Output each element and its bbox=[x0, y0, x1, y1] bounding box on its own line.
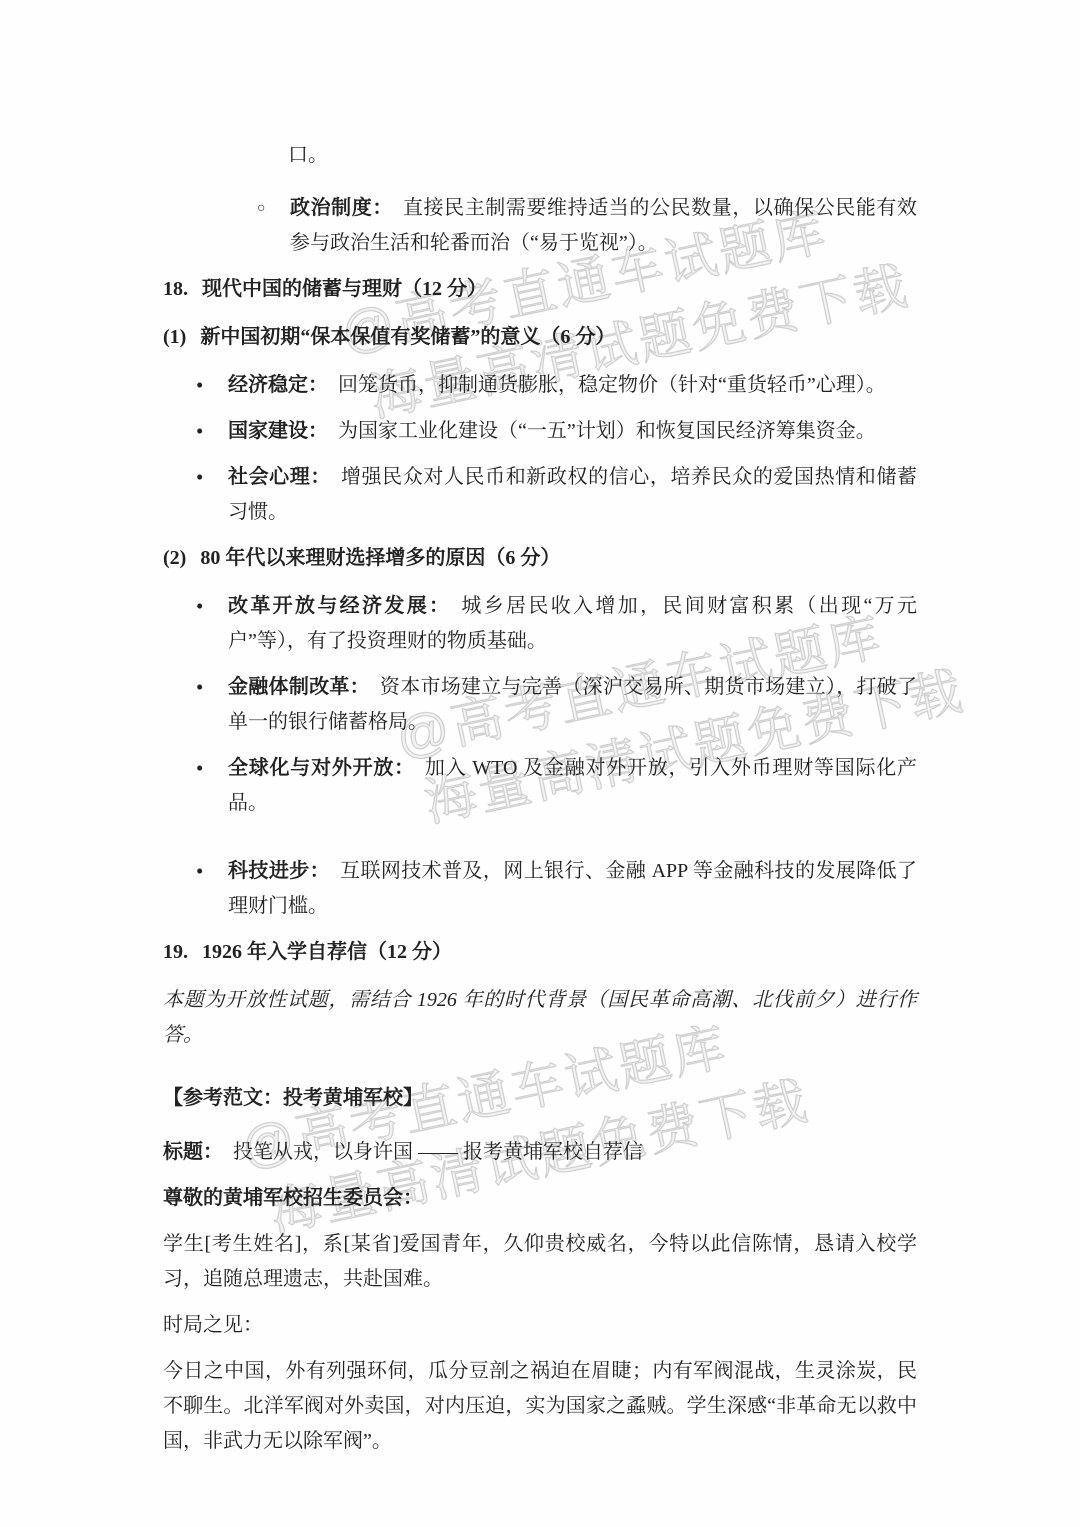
essay-title-line: 标题：投笔从戎，以身许国 —— 报考黄埔军校自荐信 bbox=[163, 1135, 917, 1170]
bullet-label: 科技进步： bbox=[228, 860, 340, 882]
bullet-body: 为国家工业化建设（“一五”计划）和恢复国民经济筹集资金。 bbox=[338, 420, 876, 442]
question-title: 1926 年入学自荐信（12 分） bbox=[202, 935, 917, 970]
part-number: (2) bbox=[163, 541, 186, 576]
disc-bullet-marker: • bbox=[196, 414, 228, 449]
list-item-text: 经济稳定：回笼货币，抑制通货膨胀，稳定物价（针对“重货轻币”心理）。 bbox=[228, 368, 917, 403]
open-question-note: 本题为开放性试题，需结合 1926 年的时代背景（国民革命高潮、北伐前夕）进行作… bbox=[163, 983, 917, 1053]
disc-bullet-marker: • bbox=[196, 368, 228, 403]
document-page: @高考直通车试题库 海量高清试题免费下载 @高考直通车试题库 海量高清试题免费下… bbox=[0, 0, 1080, 1527]
disc-bullet-marker: • bbox=[196, 460, 228, 530]
list-item-political-system: ○ 政治制度：直接民主制需要维持适当的公民数量，以确保公民能有效参与政治生活和轮… bbox=[163, 191, 917, 261]
title-text: 投笔从戎，以身许国 —— 报考黄埔军校自荐信 bbox=[233, 1141, 643, 1163]
list-item-text: 社会心理：增强民众对人民币和新政权的信心，培养民众的爱国热情和储蓄习惯。 bbox=[228, 460, 917, 530]
list-item-economic-stability: • 经济稳定：回笼货币，抑制通货膨胀，稳定物价（针对“重货轻币”心理）。 bbox=[163, 368, 917, 403]
list-item-text: 国家建设：为国家工业化建设（“一五”计划）和恢复国民经济筹集资金。 bbox=[228, 414, 917, 449]
bullet-label: 全球化与对外开放： bbox=[228, 757, 425, 779]
document-content: 口。 ○ 政治制度：直接民主制需要维持适当的公民数量，以确保公民能有效参与政治生… bbox=[163, 138, 917, 1470]
disc-bullet-marker: • bbox=[196, 589, 228, 659]
list-item-text: 金融体制改革：资本市场建立与完善（深沪交易所、期货市场建立），打破了单一的银行储… bbox=[228, 670, 917, 740]
bullet-label: 政治制度： bbox=[290, 197, 403, 219]
section-label: 时局之见： bbox=[163, 1308, 917, 1343]
list-item-text: 科技进步：互联网技术普及，网上银行、金融 APP 等金融科技的发展降低了理财门槛… bbox=[228, 854, 917, 924]
question-18-heading: 18. 现代中国的储蓄与理财（12 分） bbox=[163, 272, 917, 307]
bullet-label: 社会心理： bbox=[228, 466, 341, 488]
bullet-label: 国家建设： bbox=[228, 420, 338, 442]
wrapped-line-continuation: 口。 bbox=[288, 138, 917, 173]
bullet-label: 金融体制改革： bbox=[228, 676, 380, 698]
bullet-body: 回笼货币，抑制通货膨胀，稳定物价（针对“重货轻币”心理）。 bbox=[338, 374, 886, 396]
list-item-reform-opening: • 改革开放与经济发展：城乡居民收入增加，民间财富积累（出现“万元户”等），有了… bbox=[163, 589, 917, 659]
essay-body-paragraph: 今日之中国，外有列强环伺，瓜分豆剖之祸迫在眉睫；内有军阀混战，生灵涂炭，民不聊生… bbox=[163, 1354, 917, 1459]
part-title: 80 年代以来理财选择增多的原因（6 分） bbox=[200, 541, 917, 576]
question-18-part1-heading: (1) 新中国初期“保本保值有奖储蓄”的意义（6 分） bbox=[163, 320, 917, 355]
bullet-label: 经济稳定： bbox=[228, 374, 338, 396]
circle-bullet-marker: ○ bbox=[257, 191, 290, 261]
list-item-technology-progress: • 科技进步：互联网技术普及，网上银行、金融 APP 等金融科技的发展降低了理财… bbox=[163, 854, 917, 924]
disc-bullet-marker: • bbox=[196, 670, 228, 740]
question-number: 19. bbox=[163, 935, 188, 970]
question-18-part2-heading: (2) 80 年代以来理财选择增多的原因（6 分） bbox=[163, 541, 917, 576]
list-item-national-construction: • 国家建设：为国家工业化建设（“一五”计划）和恢复国民经济筹集资金。 bbox=[163, 414, 917, 449]
disc-bullet-marker: • bbox=[196, 854, 228, 924]
list-item-social-psychology: • 社会心理：增强民众对人民币和新政权的信心，培养民众的爱国热情和储蓄习惯。 bbox=[163, 460, 917, 530]
bullet-label: 改革开放与经济发展： bbox=[228, 595, 461, 617]
list-item-financial-system-reform: • 金融体制改革：资本市场建立与完善（深沪交易所、期货市场建立），打破了单一的银… bbox=[163, 670, 917, 740]
part-number: (1) bbox=[163, 320, 186, 355]
list-item-text: 改革开放与经济发展：城乡居民收入增加，民间财富积累（出现“万元户”等），有了投资… bbox=[228, 589, 917, 659]
salutation: 尊敬的黄埔军校招生委员会： bbox=[163, 1181, 917, 1216]
sample-essay-heading: 【参考范文：投考黄埔军校】 bbox=[163, 1081, 917, 1116]
question-number: 18. bbox=[163, 272, 188, 307]
part-title: 新中国初期“保本保值有奖储蓄”的意义（6 分） bbox=[200, 320, 917, 355]
list-item-text: 全球化与对外开放：加入 WTO 及金融对外开放，引入外币理财等国际化产品。 bbox=[228, 751, 917, 821]
question-title: 现代中国的储蓄与理财（12 分） bbox=[202, 272, 917, 307]
list-item-text: 政治制度：直接民主制需要维持适当的公民数量，以确保公民能有效参与政治生活和轮番而… bbox=[290, 191, 917, 261]
title-label: 标题： bbox=[163, 1141, 233, 1163]
list-item-globalization: • 全球化与对外开放：加入 WTO 及金融对外开放，引入外币理财等国际化产品。 bbox=[163, 751, 917, 821]
disc-bullet-marker: • bbox=[196, 751, 228, 821]
question-19-heading: 19. 1926 年入学自荐信（12 分） bbox=[163, 935, 917, 970]
essay-intro-paragraph: 学生[考生姓名]，系[某省]爱国青年，久仰贵校威名，今特以此信陈情，恳请入校学习… bbox=[163, 1227, 917, 1297]
